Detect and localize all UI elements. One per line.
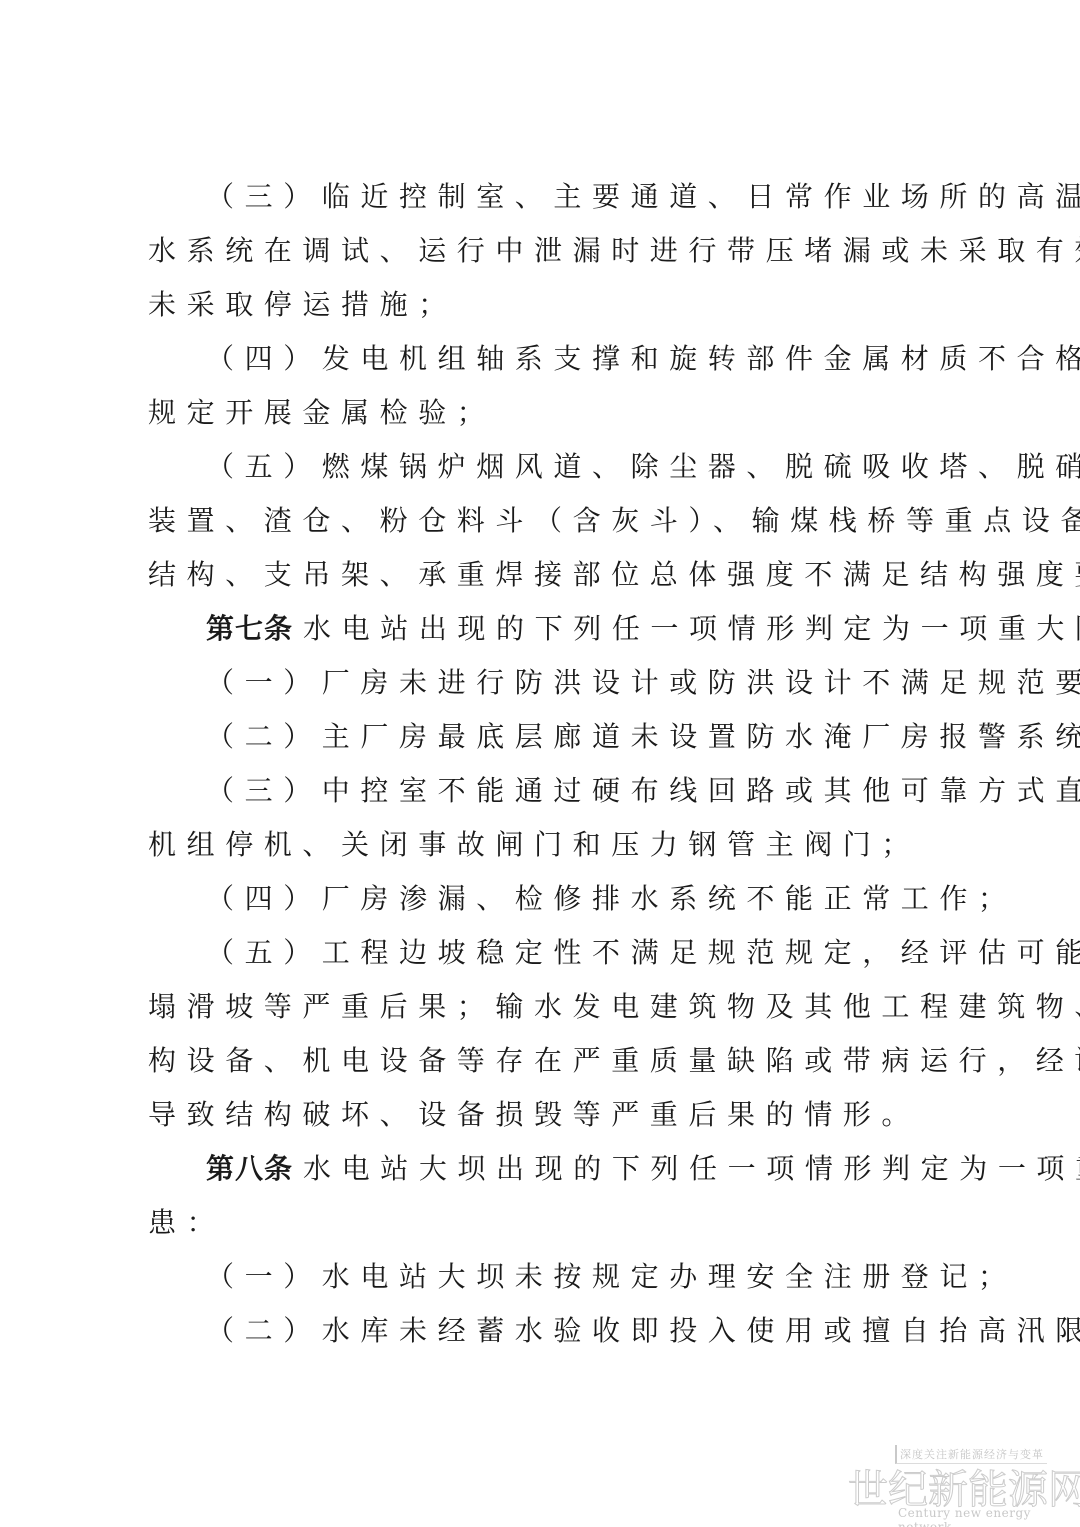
line-text: 水电站大坝出现的下列任一项情形判定为一项重大隐 [303, 1152, 1080, 1185]
doc-line: 塌滑坡等严重后果；输水发电建筑物及其他工程建筑物、金属结 [148, 980, 934, 1034]
line-text: （二）主厂房最底层廊道未设置防水淹厂房报警系统； [206, 720, 1080, 753]
line-text: 患： [148, 1206, 225, 1239]
article-heading-8: 第八条水电站大坝出现的下列任一项情形判定为一项重大隐 [148, 1142, 934, 1196]
line-text: 水系统在调试、运行中泄漏时进行带压堵漏或未采取有效隔离或 [148, 234, 1080, 267]
article-heading-7: 第七条水电站出现的下列任一项情形判定为一项重大隐患： [148, 602, 934, 656]
doc-line: 规定开展金属检验； [148, 386, 934, 440]
doc-line: （四）发电机组轴系支撑和旋转部件金属材质不合格或未按 [148, 332, 934, 386]
doc-line: （二）水库未经蓄水验收即投入使用或擅自抬高汛限水位和 [148, 1304, 934, 1358]
line-text: 构设备、机电设备等存在严重质量缺陷或带病运行，经评估可能 [148, 1044, 1080, 1077]
doc-line: （五）燃煤锅炉烟风道、除尘器、脱硫吸收塔、脱硝催化剂 [148, 440, 934, 494]
article-number: 第七条 [206, 612, 293, 645]
line-text: （一）厂房未进行防洪设计或防洪设计不满足规范要求； [206, 666, 1080, 699]
line-text: 水电站出现的下列任一项情形判定为一项重大隐患： [303, 612, 1080, 645]
doc-line: （一）水电站大坝未按规定办理安全注册登记； [148, 1250, 934, 1304]
line-text: （三）中控室不能通过硬布线回路或其他可靠方式直接控制 [206, 774, 1080, 807]
doc-line: （五）工程边坡稳定性不满足规范规定，经评估可能导致崩 [148, 926, 934, 980]
line-text: 未采取停运措施； [148, 288, 457, 321]
doc-line: （一）厂房未进行防洪设计或防洪设计不满足规范要求； [148, 656, 934, 710]
doc-line: 装置、渣仓、粉仓料斗（含灰斗）、输煤栈桥等重点设备设施的钢 [148, 494, 934, 548]
line-text: 塌滑坡等严重后果；输水发电建筑物及其他工程建筑物、金属结 [148, 990, 1080, 1023]
line-text: （二）水库未经蓄水验收即投入使用或擅自抬高汛限水位和 [206, 1314, 1080, 1347]
line-text: （五）工程边坡稳定性不满足规范规定，经评估可能导致崩 [206, 936, 1080, 969]
doc-line: （三）临近控制室、主要通道、日常作业场所的高温高压汽 [148, 170, 934, 224]
line-text: （三）临近控制室、主要通道、日常作业场所的高温高压汽 [206, 180, 1080, 213]
line-text: 装置、渣仓、粉仓料斗（含灰斗）、输煤栈桥等重点设备设施的钢 [148, 504, 1080, 537]
doc-line: （四）厂房渗漏、检修排水系统不能正常工作； [148, 872, 934, 926]
line-text: （四）发电机组轴系支撑和旋转部件金属材质不合格或未按 [206, 342, 1080, 375]
article-number: 第八条 [206, 1152, 293, 1185]
watermark-logo: 深度关注新能源经济与变革 世纪新能源网 Century new energy n… [848, 1440, 1080, 1527]
doc-line: 未采取停运措施； [148, 278, 934, 332]
doc-line: 结构、支吊架、承重焊接部位总体强度不满足结构强度要求。 [148, 548, 934, 602]
doc-line: 导致结构破坏、设备损毁等严重后果的情形。 [148, 1088, 934, 1142]
line-text: 结构、支吊架、承重焊接部位总体强度不满足结构强度要求。 [148, 558, 1080, 591]
document-page: （三）临近控制室、主要通道、日常作业场所的高温高压汽 水系统在调试、运行中泄漏时… [148, 170, 934, 1358]
doc-line: （二）主厂房最底层廊道未设置防水淹厂房报警系统； [148, 710, 934, 764]
line-text: （四）厂房渗漏、检修排水系统不能正常工作； [206, 882, 1017, 915]
doc-line: 机组停机、关闭事故闸门和压力钢管主阀门； [148, 818, 934, 872]
watermark-subtitle: Century new energy network [898, 1506, 1080, 1527]
doc-line: 患： [148, 1196, 934, 1250]
doc-line: 水系统在调试、运行中泄漏时进行带压堵漏或未采取有效隔离或 [148, 224, 934, 278]
line-text: 机组停机、关闭事故闸门和压力钢管主阀门； [148, 828, 920, 861]
doc-line: 构设备、机电设备等存在严重质量缺陷或带病运行，经评估可能 [148, 1034, 934, 1088]
doc-line: （三）中控室不能通过硬布线回路或其他可靠方式直接控制 [148, 764, 934, 818]
line-text: 导致结构破坏、设备损毁等严重后果的情形。 [148, 1098, 920, 1131]
line-text: （五）燃煤锅炉烟风道、除尘器、脱硫吸收塔、脱硝催化剂 [206, 450, 1080, 483]
line-text: 规定开展金属检验； [148, 396, 495, 429]
line-text: （一）水电站大坝未按规定办理安全注册登记； [206, 1260, 1017, 1293]
